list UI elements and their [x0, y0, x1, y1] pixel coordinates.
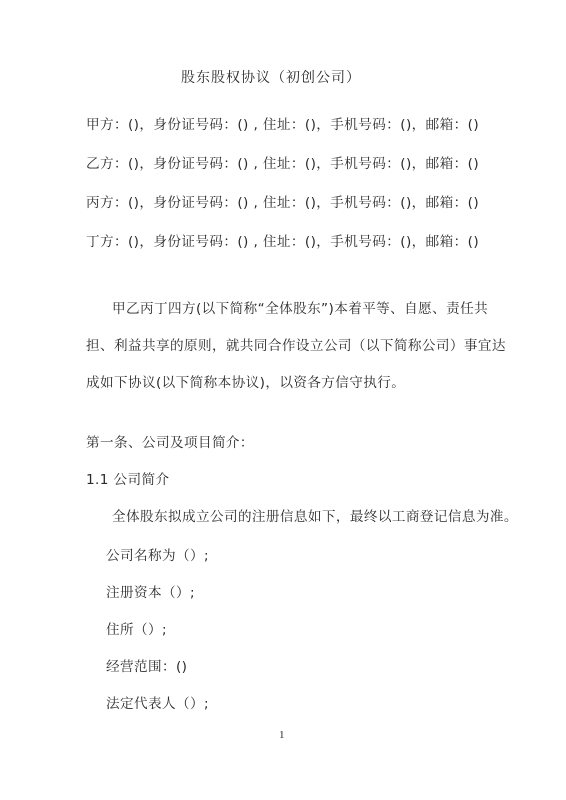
document-title: 股东股权协议（初创公司）	[181, 67, 361, 87]
document-page: 股东股权协议（初创公司） 甲方：()，身份证号码：() , 住址：()，手机号码…	[0, 0, 566, 800]
field-registered-capital: 注册资本（）;	[106, 581, 195, 601]
party-line-ding: 丁方：()，身份证号码：() , 住址：()，手机号码：()，邮箱：()	[86, 230, 479, 250]
field-business-scope: 经营范围：()	[106, 655, 187, 675]
party-line-bing: 丙方：()，身份证号码：() , 住址：()，手机号码：()，邮箱：()	[86, 191, 479, 211]
field-address: 住所（）;	[106, 618, 167, 638]
preamble-line-3: 成如下协议(以下简称本协议)，以资各方信守执行。	[86, 371, 405, 391]
field-company-name: 公司名称为（）;	[106, 544, 209, 564]
article-1-heading: 第一条、公司及项目简介：	[86, 431, 254, 451]
preamble-line-2: 担、利益共享的原则，就共同合作设立公司（以下简称公司）事宜达	[86, 334, 506, 354]
section-1-1-intro: 全体股东拟成立公司的注册信息如下，最终以工商登记信息为准。	[112, 505, 518, 525]
page-number: 1	[279, 729, 285, 741]
party-line-yi: 乙方：()，身份证号码：() , 住址：()，手机号码：()，邮箱：()	[86, 152, 479, 172]
party-line-jia: 甲方：()，身份证号码：() , 住址：()，手机号码：()，邮箱：()	[86, 113, 479, 133]
field-legal-representative: 法定代表人（）;	[106, 692, 209, 712]
preamble-line-1: 甲乙丙丁四方(以下简称“全体股东”)本着平等、自愿、责任共	[112, 297, 488, 317]
section-1-1-heading: 1.1 公司简介	[86, 468, 170, 488]
